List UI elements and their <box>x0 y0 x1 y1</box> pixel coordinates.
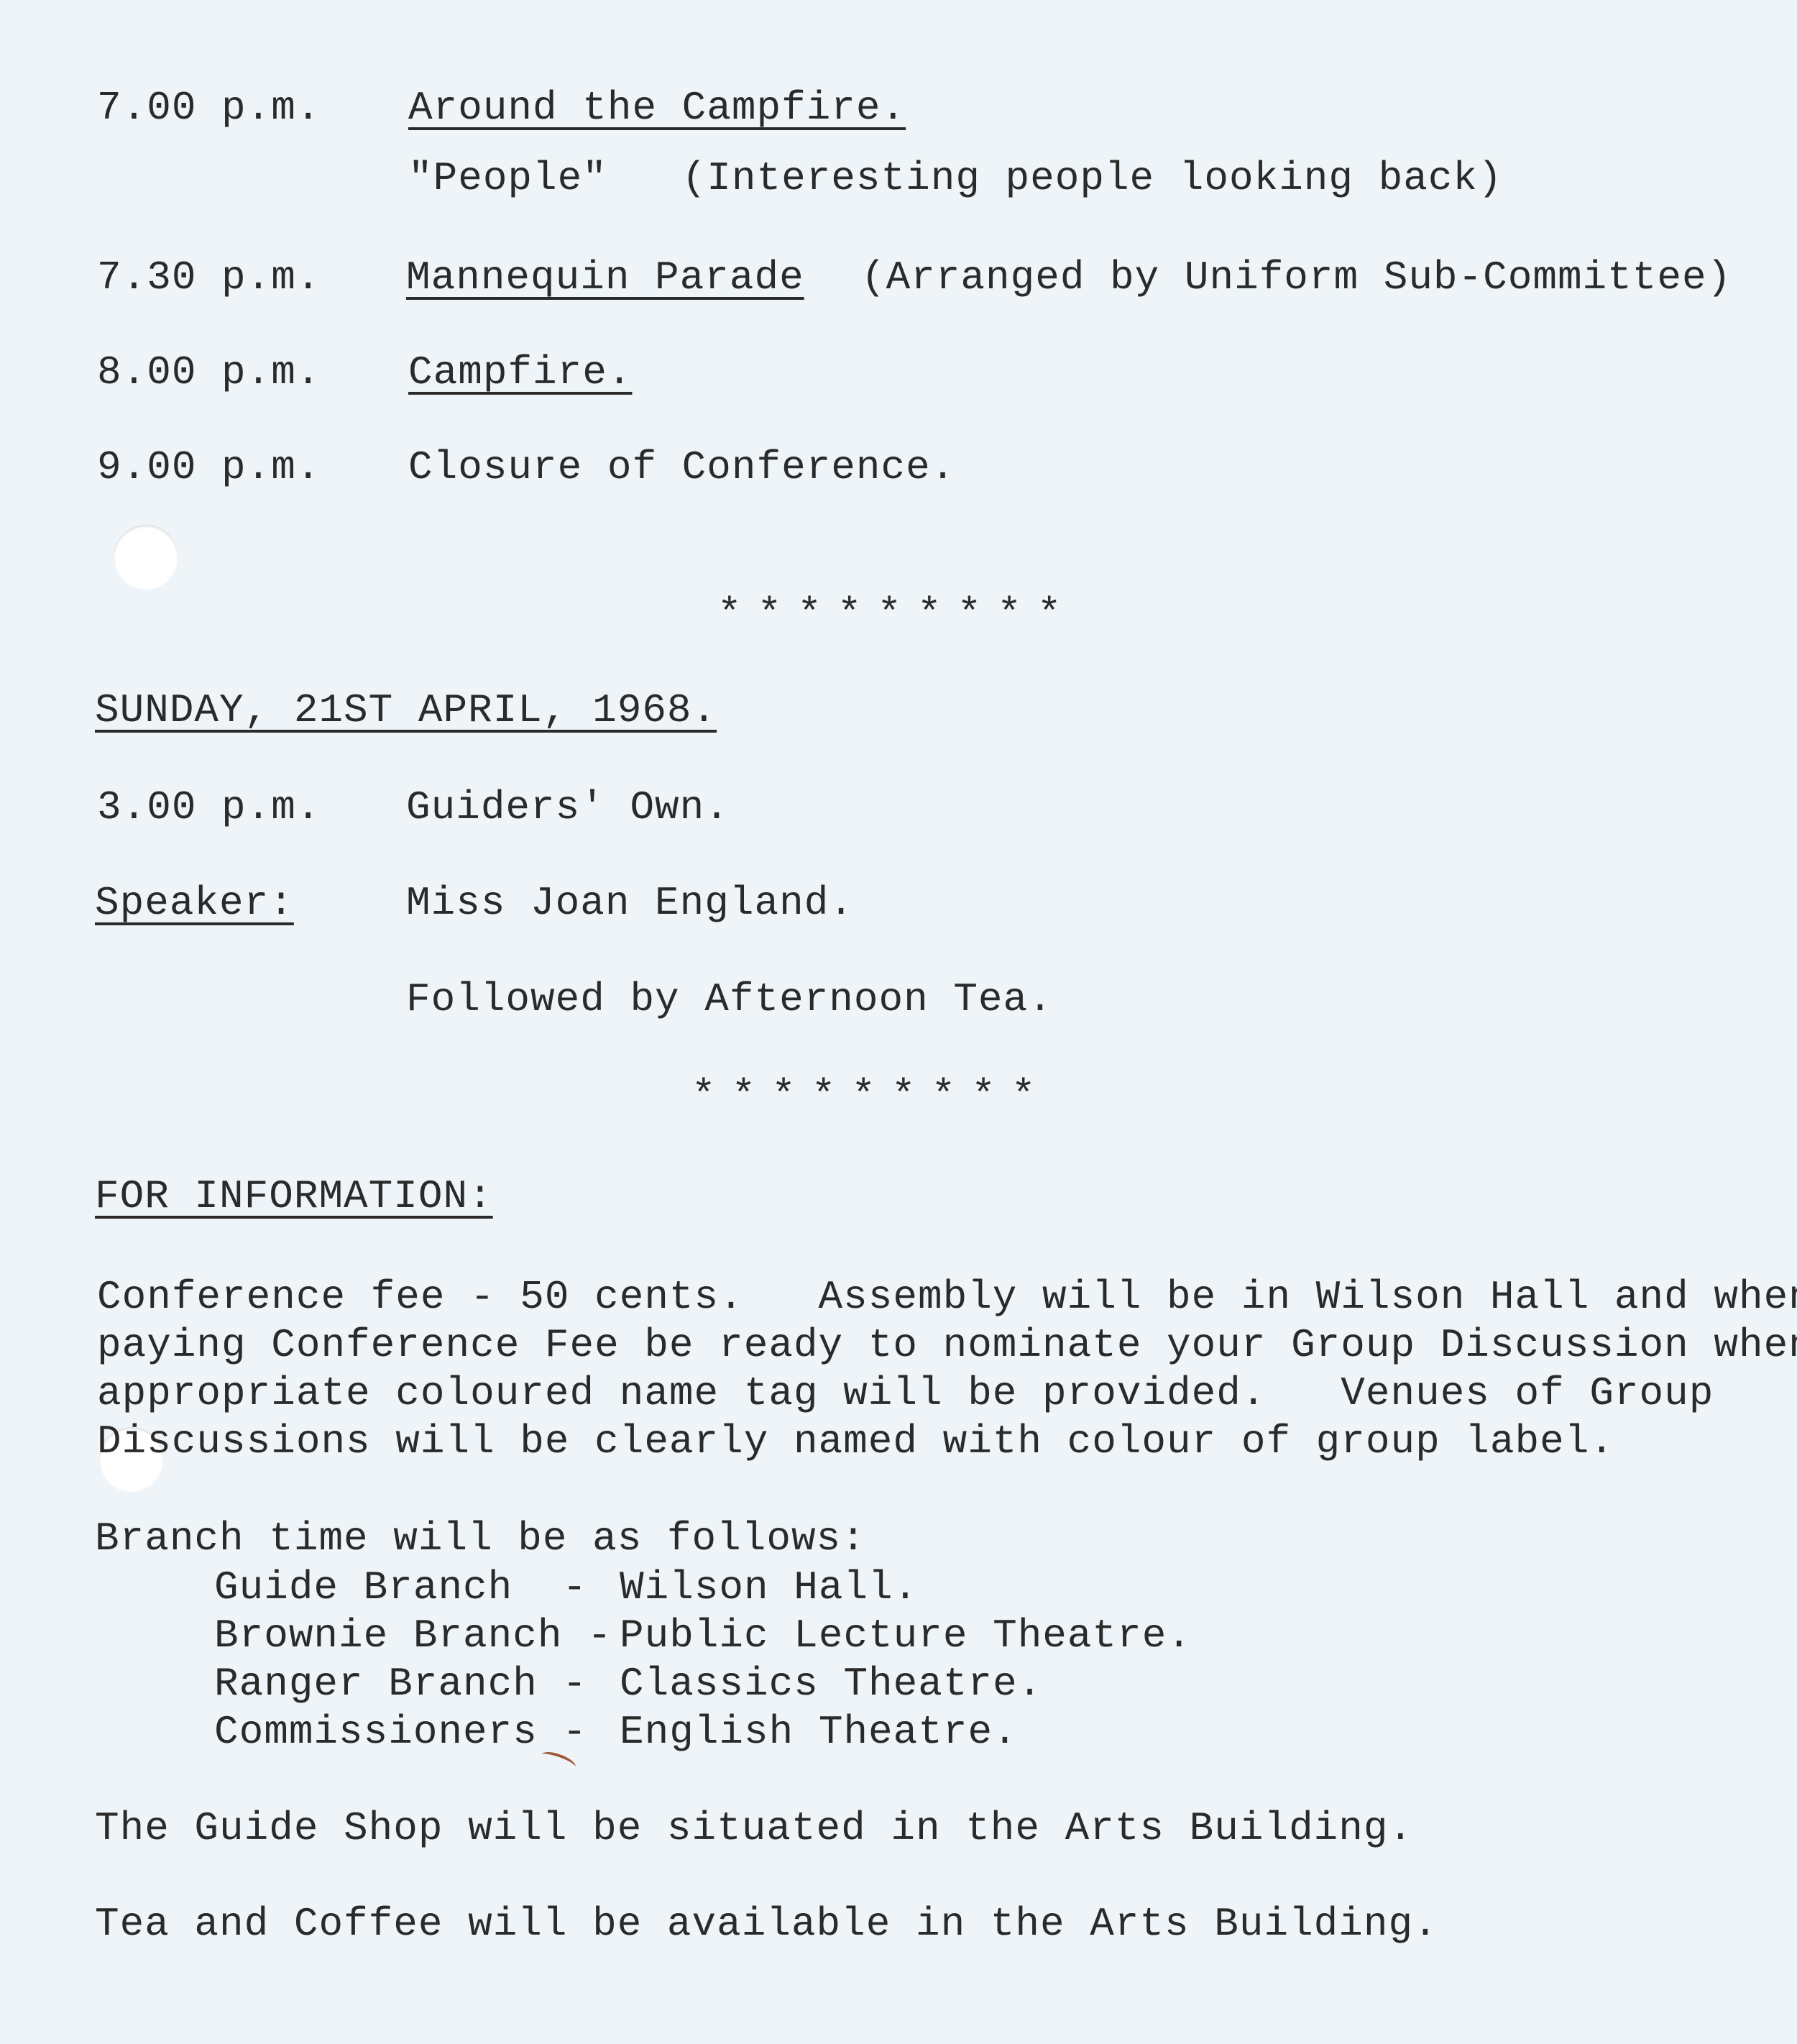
event-mannequin-parade: Mannequin Parade <box>406 257 804 298</box>
info-line-4: Discussions will be clearly named with c… <box>97 1421 1614 1462</box>
info-line-3: appropriate coloured name tag will be pr… <box>97 1373 1714 1413</box>
branch-venue-commissioners: English Theatre. <box>620 1712 1018 1752</box>
branch-name-commissioners: Commissioners - <box>214 1712 587 1752</box>
event-closure: Closure of Conference. <box>408 447 955 487</box>
time-8-00: 8.00 p.m. <box>97 352 321 393</box>
branch-intro: Branch time will be as follows: <box>95 1518 866 1559</box>
info-line-1: Conference fee - 50 cents. Assembly will… <box>97 1277 1797 1317</box>
document-page: 7.00 p.m. Around the Campfire. "People" … <box>0 0 1797 2044</box>
branch-venue-ranger: Classics Theatre. <box>620 1664 1042 1704</box>
branch-venue-guide: Wilson Hall. <box>620 1567 918 1608</box>
event-people: "People" (Interesting people looking bac… <box>408 158 1503 198</box>
branch-name-brownie: Brownie Branch - <box>214 1616 612 1656</box>
info-line-2: paying Conference Fee be ready to nomina… <box>97 1325 1797 1365</box>
event-guiders-own: Guiders' Own. <box>406 787 730 828</box>
branch-venue-brownie: Public Lecture Theatre. <box>620 1616 1192 1656</box>
branch-name-guide: Guide Branch - <box>214 1567 587 1608</box>
info-heading: FOR INFORMATION: <box>95 1176 493 1216</box>
punch-hole-top <box>114 525 178 590</box>
tea-coffee-note: Tea and Coffee will be available in the … <box>95 1904 1438 1944</box>
separator-2: ********* <box>691 1073 1051 1119</box>
time-7-30: 7.30 p.m. <box>97 257 321 298</box>
time-7-00: 7.00 p.m. <box>97 88 321 128</box>
speaker-label: Speaker: <box>95 883 294 923</box>
event-around-campfire: Around the Campfire. <box>408 88 906 128</box>
separator-1: ********* <box>717 591 1077 637</box>
guide-shop-note: The Guide Shop will be situated in the A… <box>95 1808 1413 1848</box>
time-9-00: 9.00 p.m. <box>97 447 321 487</box>
event-campfire: Campfire. <box>408 352 632 393</box>
afternoon-tea: Followed by Afternoon Tea. <box>406 979 1053 1019</box>
event-mannequin-note: (Arranged by Uniform Sub-Committee) <box>861 257 1732 298</box>
branch-name-ranger: Ranger Branch - <box>214 1664 587 1704</box>
sunday-heading: SUNDAY, 21ST APRIL, 1968. <box>95 690 717 730</box>
speaker-name: Miss Joan England. <box>406 883 854 923</box>
time-3-00: 3.00 p.m. <box>97 787 321 828</box>
